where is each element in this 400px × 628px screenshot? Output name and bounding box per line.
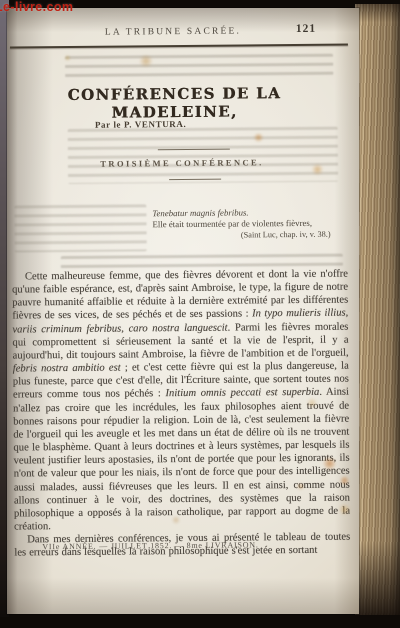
book-fore-edge <box>355 4 400 615</box>
page-number: 121 <box>296 23 316 35</box>
latin-phrase: Initium omnis peccati est superbia <box>165 387 319 399</box>
book-page: LA TRIBUNE SACRÉE. 121 CONFÉRENCES DE LA… <box>7 8 359 614</box>
bleed-through-text <box>65 54 333 81</box>
page-footer: VIIe ANNÉE. — JUILLET 1852. — 8me LIVRAI… <box>42 540 258 551</box>
body-paragraph: Cette malheureuse femme, que des fièvres… <box>12 268 350 534</box>
epigraph-citation: (Saint Luc, chap. iv, v. 38.) <box>153 229 341 242</box>
bleed-through-text <box>14 204 146 252</box>
journal-title: LA TRIBUNE SACRÉE. <box>105 26 241 37</box>
epigraph: Tenebatur magnis febribus. Elle était to… <box>152 207 340 242</box>
photo-frame: LA TRIBUNE SACRÉE. 121 CONFÉRENCES DE LA… <box>0 0 400 628</box>
header-rule <box>10 44 348 49</box>
latin-phrase: febris nostra ambitio est <box>13 363 121 375</box>
bookseller-watermark: Le-livre.com <box>0 0 73 14</box>
article-body: Cette malheureuse femme, que des fièvres… <box>12 268 351 560</box>
bleed-through-text <box>61 254 343 269</box>
article-title: CONFÉRENCES DE LA MADELEINE, <box>5 84 343 123</box>
bleed-through-text <box>68 127 338 184</box>
article-byline: Par le P. VENTURA. <box>46 119 236 131</box>
page-content: LA TRIBUNE SACRÉE. 121 CONFÉRENCES DE LA… <box>5 6 362 615</box>
text-run: . Ainsi n'allez pas croire que les incré… <box>13 387 350 532</box>
